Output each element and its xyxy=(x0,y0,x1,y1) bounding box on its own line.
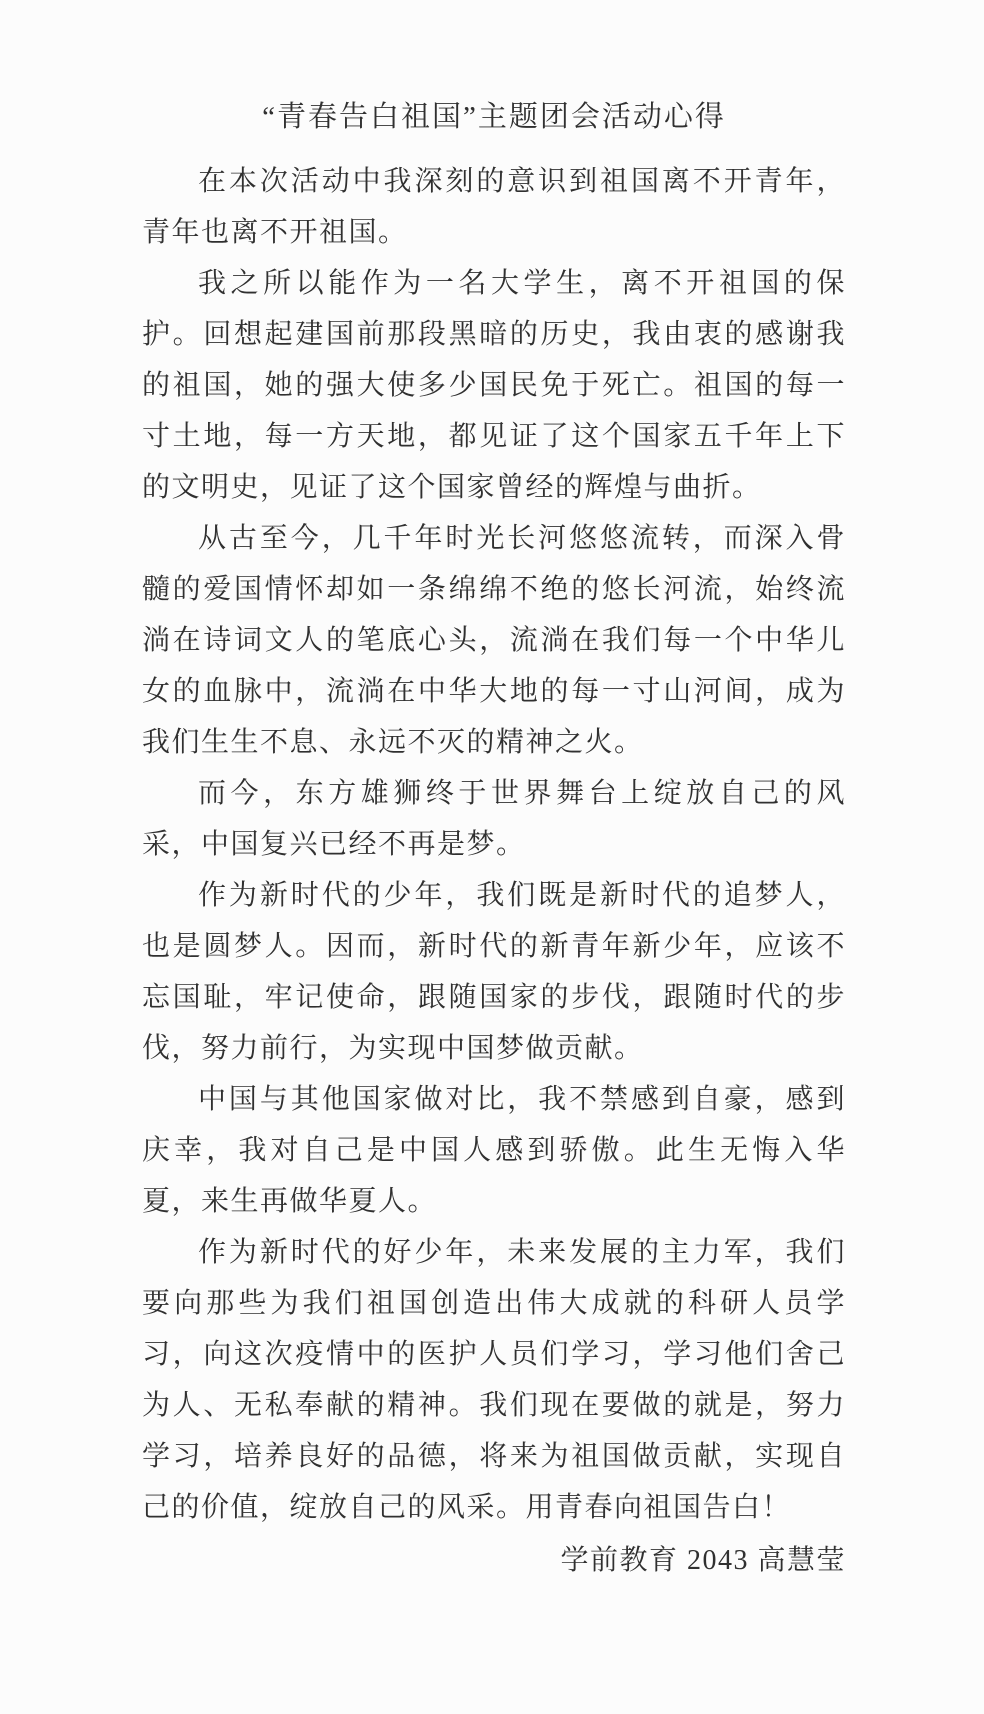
paragraph-1: 在本次活动中我深刻的意识到祖国离不开青年，青年也离不开祖国。 xyxy=(142,156,846,258)
document-title: “青春告白祖国”主题团会活动心得 xyxy=(142,90,846,144)
paragraph-5: 作为新时代的少年，我们既是新时代的追梦人，也是圆梦人。因而，新时代的新青年新少年… xyxy=(142,870,846,1074)
scanned-essay-page: “青春告白祖国”主题团会活动心得 在本次活动中我深刻的意识到祖国离不开青年，青年… xyxy=(0,0,984,1714)
paragraph-4: 而今，东方雄狮终于世界舞台上绽放自己的风采，中国复兴已经不再是梦。 xyxy=(142,768,846,870)
author-signature: 学前教育 2043 高慧莹 xyxy=(142,1535,846,1586)
paragraph-2: 我之所以能作为一名大学生，离不开祖国的保护。回想起建国前那段黑暗的历史，我由衷的… xyxy=(142,258,846,513)
paragraph-3: 从古至今，几千年时光长河悠悠流转，而深入骨髓的爱国情怀却如一条绵绵不绝的悠长河流… xyxy=(142,513,846,768)
paragraph-7: 作为新时代的好少年，未来发展的主力军，我们要向那些为我们祖国创造出伟大成就的科研… xyxy=(142,1227,846,1533)
paragraph-6: 中国与其他国家做对比，我不禁感到自豪，感到庆幸，我对自己是中国人感到骄傲。此生无… xyxy=(142,1074,846,1227)
